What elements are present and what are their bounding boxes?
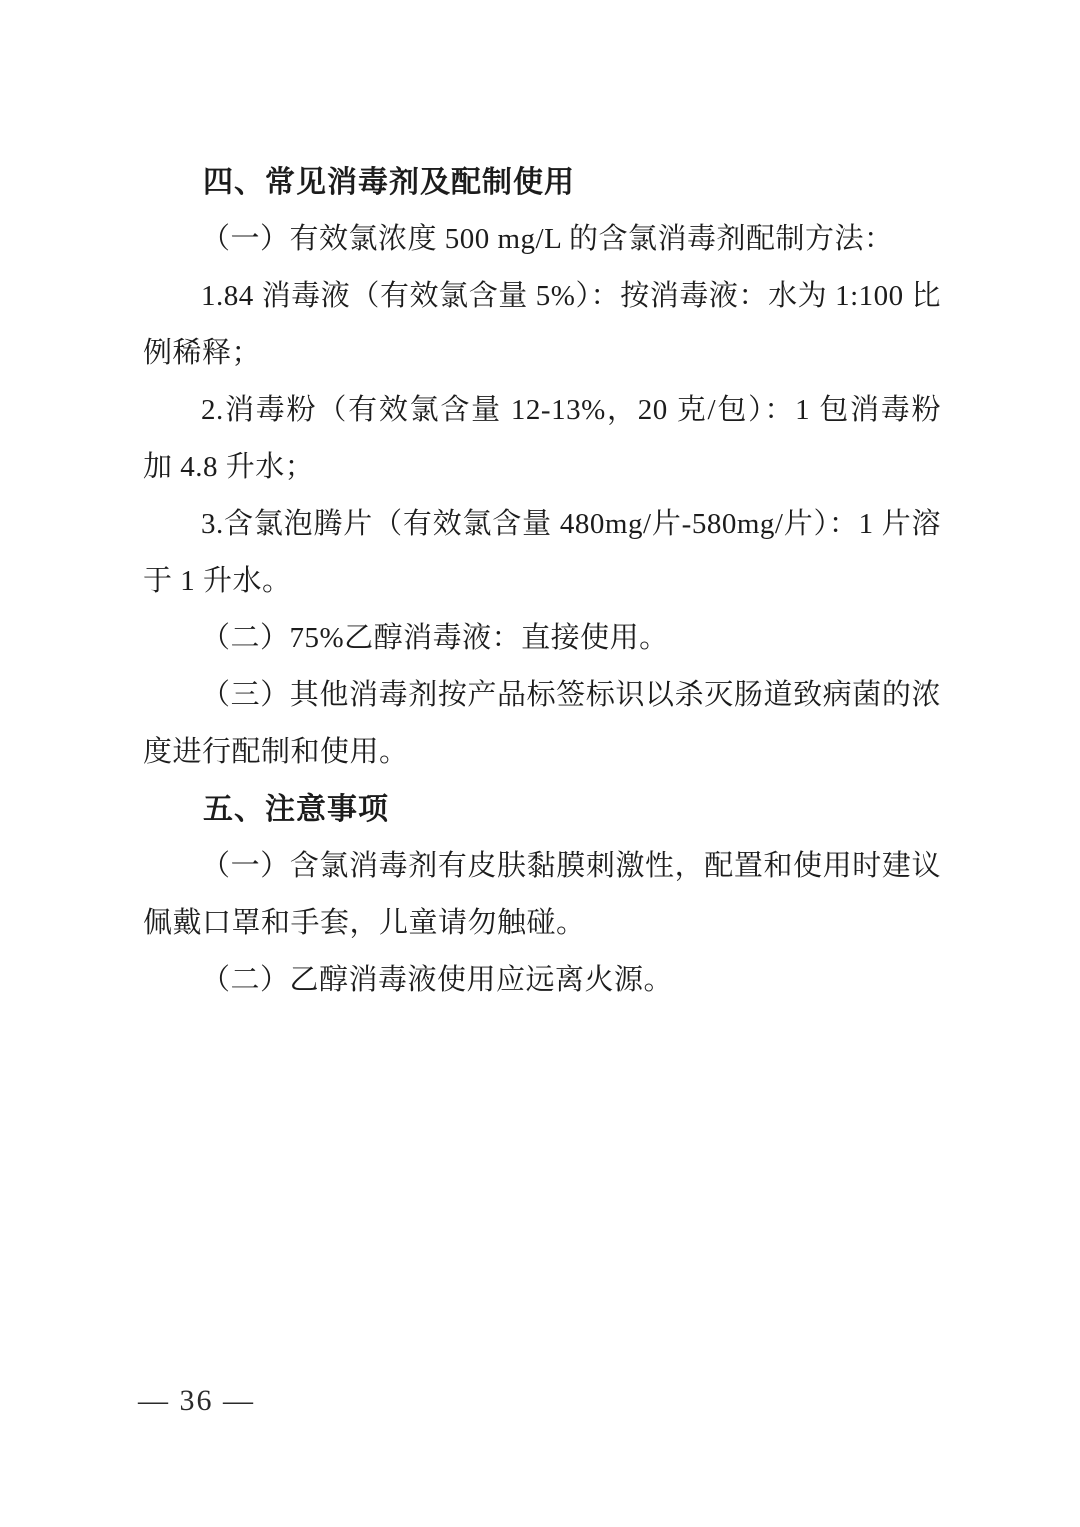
para-note-fire-safety: （二）乙醇消毒液使用应远离火源。 (143, 952, 941, 1009)
para-chlorine-method-intro: （一）有效氯浓度 500 mg/L 的含氯消毒剂配制方法： (143, 211, 941, 268)
list-item-disinfectant-powder: 2.消毒粉（有效氯含量 12-13%，20 克/包）：1 包消毒粉加 4.8 升… (143, 382, 941, 496)
para-other-disinfectants: （三）其他消毒剂按产品标签标识以杀灭肠道致病菌的浓度进行配制和使用。 (143, 667, 941, 781)
para-note-skin-irritation: （一）含氯消毒剂有皮肤黏膜刺激性，配置和使用时建议佩戴口罩和手套，儿童请勿触碰。 (143, 838, 941, 952)
list-item-effervescent-tablet: 3.含氯泡腾片（有效氯含量 480mg/片-580mg/片）：1 片溶于 1 升… (143, 496, 941, 610)
list-item-84-disinfectant-liquid: 1.84 消毒液（有效氯含量 5%）：按消毒液：水为 1:100 比例稀释； (143, 268, 941, 382)
document-content: 四、常见消毒剂及配制使用 （一）有效氯浓度 500 mg/L 的含氯消毒剂配制方… (143, 154, 941, 1009)
page-number: — 36 — (138, 1381, 255, 1421)
section-heading-five: 五、注意事项 (143, 781, 941, 838)
document-page: 四、常见消毒剂及配制使用 （一）有效氯浓度 500 mg/L 的含氯消毒剂配制方… (0, 0, 1080, 1527)
section-heading-four: 四、常见消毒剂及配制使用 (143, 154, 941, 211)
para-ethanol-usage: （二）75%乙醇消毒液：直接使用。 (143, 610, 941, 667)
